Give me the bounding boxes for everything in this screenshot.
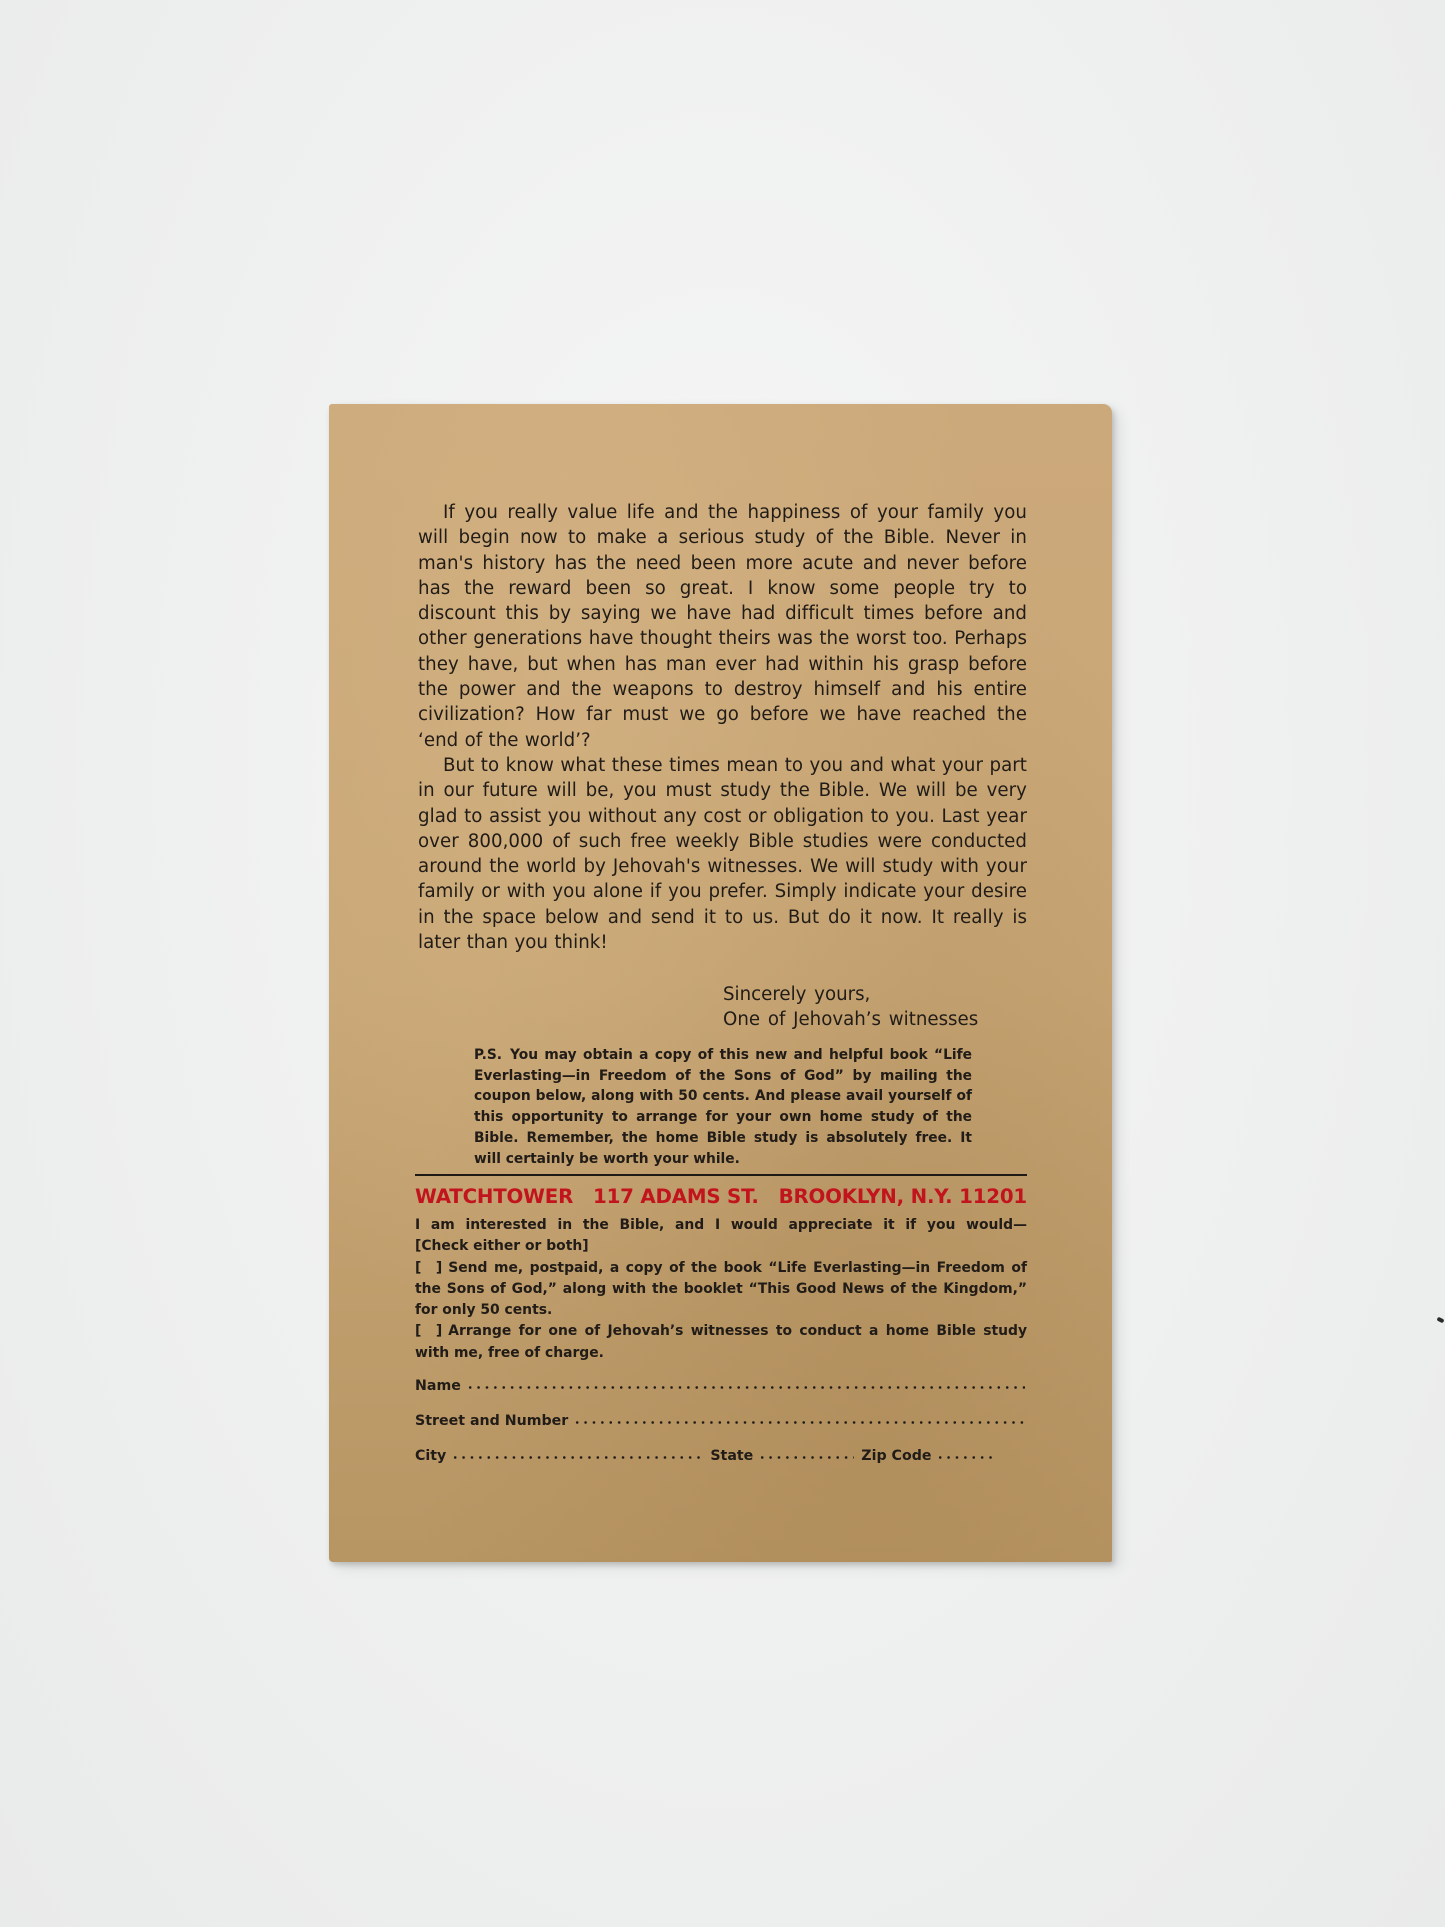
letter-paragraph-2: But to know what these times mean to you… (418, 753, 1027, 955)
checkbox-home-study[interactable]: [ ] (415, 1321, 442, 1342)
letter-body: If you really value life and the happine… (418, 500, 1027, 955)
state-label: State (710, 1448, 753, 1464)
name-row: Name (415, 1378, 1027, 1413)
coupon-form: I am interested in the Bible, and I woul… (415, 1215, 1027, 1364)
letter-paragraph-1: If you really value life and the happine… (418, 500, 1027, 753)
zip-field[interactable] (936, 1456, 994, 1459)
name-label: Name (415, 1378, 461, 1394)
street-row: Street and Number (415, 1413, 1027, 1448)
postscript: P.S.You may obtain a copy of this new an… (474, 1045, 972, 1169)
option-send-book: [ ]Send me, postpaid, a copy of the book… (415, 1258, 1027, 1322)
name-field[interactable] (466, 1386, 1025, 1389)
option-home-study: [ ]Arrange for one of Jehovah’s witnesse… (415, 1321, 1027, 1364)
city-field[interactable] (451, 1456, 703, 1459)
tract-page: If you really value life and the happine… (329, 404, 1112, 1562)
street-label: Street and Number (415, 1413, 568, 1429)
coupon-instruction: [Check either or both] (415, 1236, 1027, 1257)
city-state-zip-row: City State Zip Code (415, 1448, 1027, 1483)
street-field[interactable] (573, 1421, 1025, 1424)
coupon-intro: I am interested in the Bible, and I woul… (415, 1215, 1027, 1236)
checkbox-send-book[interactable]: [ ] (415, 1258, 442, 1279)
postscript-text: You may obtain a copy of this new and he… (474, 1047, 972, 1167)
state-field[interactable] (758, 1456, 854, 1459)
option-home-study-label: Arrange for one of Jehovah’s witnesses t… (415, 1323, 1027, 1360)
signature-block: Sincerely yours, One of Jehovah’s witnes… (723, 982, 978, 1033)
closing-line: Sincerely yours, (723, 982, 978, 1007)
address-street: 117 ADAMS ST. (593, 1184, 759, 1210)
signature-line: One of Jehovah’s witnesses (723, 1007, 978, 1032)
option-send-book-label: Send me, postpaid, a copy of the book “L… (415, 1260, 1027, 1319)
postscript-label: P.S. (474, 1047, 502, 1063)
coupon-divider (415, 1174, 1027, 1176)
city-label: City (415, 1448, 446, 1464)
address-city: BROOKLYN, N.Y. 11201 (779, 1184, 1027, 1210)
zip-label: Zip Code (861, 1448, 931, 1464)
address-fields: Name Street and Number City State Zip Co… (415, 1378, 1027, 1483)
mailing-address: WATCHTOWER 117 ADAMS ST. BROOKLYN, N.Y. … (415, 1184, 1027, 1210)
address-organization: WATCHTOWER (415, 1184, 573, 1210)
